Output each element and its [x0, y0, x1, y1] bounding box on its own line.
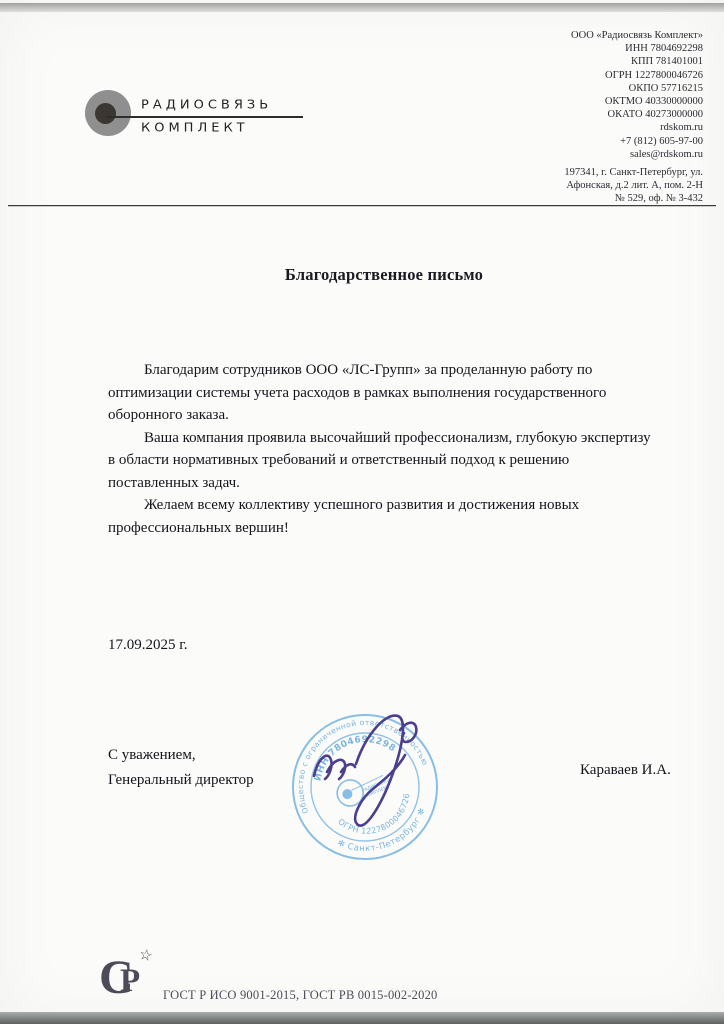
signer-name: Караваев И.А.: [580, 762, 671, 779]
handwritten-signature: [308, 700, 438, 850]
company-website: rdskom.ru: [571, 121, 703, 134]
letter-date: 17.09.2025 г.: [108, 637, 187, 654]
letter-body: Благодарим сотрудников ООО «ЛС-Групп» за…: [108, 359, 660, 539]
signoff-closing: С уважением,: [108, 743, 254, 768]
company-inn: ИНН 7804692298: [571, 42, 703, 55]
address-line-2: Афонская, д.2 лит. А, пом. 2-Н: [564, 179, 703, 192]
logo-line: [107, 116, 303, 118]
company-logo: РАДИОСВЯЗЬ КОМПЛЕКТ: [85, 90, 315, 150]
company-address-block: 197341, г. Санкт-Петербург, ул. Афонская…: [564, 166, 703, 206]
paragraph-2: Ваша компания проявила высочайший профес…: [108, 427, 660, 495]
signoff-position: Генеральный директор: [108, 768, 254, 793]
company-okato: ОКАТО 40273000000: [571, 108, 703, 121]
company-phone: +7 (812) 605-97-00: [571, 135, 703, 148]
letter-title: Благодарственное письмо: [108, 265, 660, 285]
gost-certification-text: ГОСТ Р ИСО 9001-2015, ГОСТ РВ 0015-002-2…: [163, 988, 437, 1003]
scanned-letter-page: РАДИОСВЯЗЬ КОМПЛЕКТ ООО «Радиосвязь Комп…: [0, 0, 724, 1024]
company-kpp: КПП 781401001: [571, 55, 703, 68]
company-ogrn: ОГРН 1227800046726: [571, 69, 703, 82]
signoff-block: С уважением, Генеральный директор: [108, 743, 254, 793]
paragraph-3: Желаем всему коллективу успешного развит…: [108, 494, 660, 539]
header-divider: [8, 205, 716, 206]
logo-circle-icon: [85, 90, 131, 136]
cert-letter-r: Р: [120, 965, 140, 998]
address-line-3: № 529, оф. № 3-432: [564, 192, 703, 205]
company-oktmo: ОКТМО 40330000000: [571, 95, 703, 108]
company-name: ООО «Радиосвязь Комплект»: [571, 29, 703, 42]
address-line-1: 197341, г. Санкт-Петербург, ул.: [564, 166, 703, 179]
scan-edge-top: [0, 3, 724, 12]
company-okpo: ОКПО 57716215: [571, 82, 703, 95]
cert-star-icon: ☆: [137, 945, 154, 966]
logo-text-line2: КОМПЛЕКТ: [141, 122, 249, 136]
company-email: sales@rdskom.ru: [571, 148, 703, 161]
logo-text-line1: РАДИОСВЯЗЬ: [141, 99, 272, 113]
scan-edge-bottom: [0, 1012, 724, 1024]
company-details-block: ООО «Радиосвязь Комплект» ИНН 7804692298…: [571, 29, 703, 161]
paragraph-1: Благодарим сотрудников ООО «ЛС-Групп» за…: [108, 359, 660, 427]
logo-dot-icon: [95, 103, 116, 124]
certification-mark: С Р ☆: [99, 946, 163, 1012]
